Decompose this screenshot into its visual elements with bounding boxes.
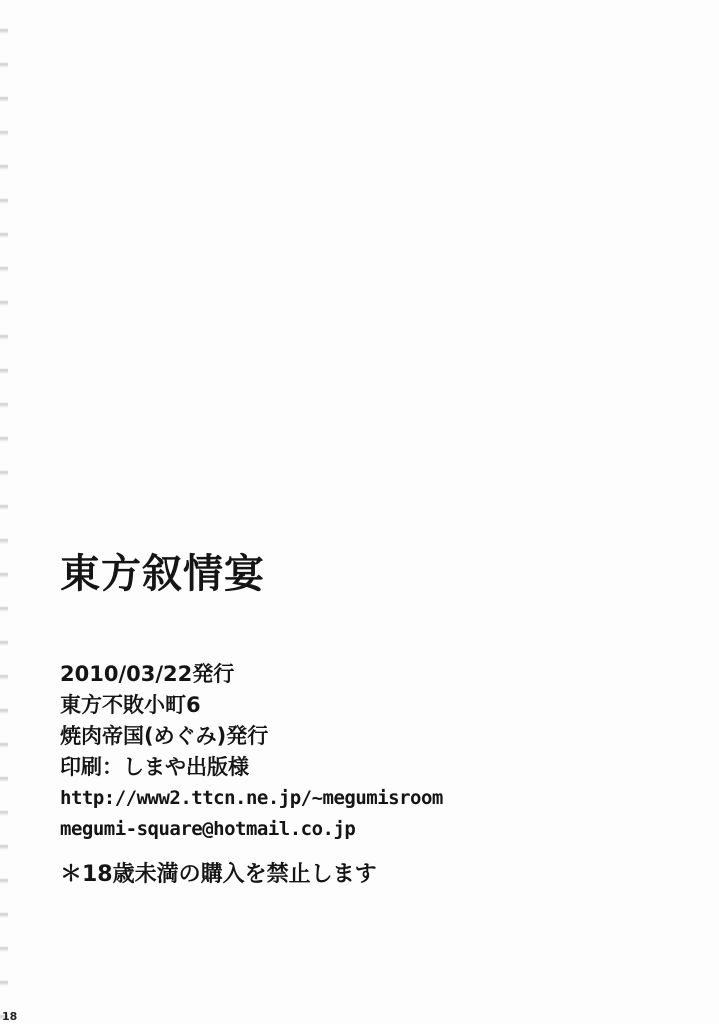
age-restriction-notice: ＊18歳未満の購入を禁止します: [60, 859, 443, 891]
publication-date: 2010/03/22発行: [60, 659, 443, 690]
publication-info: 2010/03/22発行 東方不敗小町6 焼肉帝国(めぐみ)発行 印刷：しまや出…: [60, 659, 443, 845]
scan-edge-marks: [0, 0, 8, 1024]
printer: 印刷：しまや出版様: [60, 752, 443, 783]
colophon: 東方叙情宴 2010/03/22発行 東方不敗小町6 焼肉帝国(めぐみ)発行 印…: [60, 545, 443, 891]
website-url: http://www2.ttcn.ne.jp/~megumisroom: [60, 783, 443, 814]
book-title: 東方叙情宴: [60, 545, 443, 603]
document-page: 東方叙情宴 2010/03/22発行 東方不敗小町6 焼肉帝国(めぐみ)発行 印…: [0, 0, 719, 1024]
event-name: 東方不敗小町6: [60, 690, 443, 721]
contact-email: megumi-square@hotmail.co.jp: [60, 814, 443, 845]
publisher: 焼肉帝国(めぐみ)発行: [60, 721, 443, 752]
page-number: 18: [2, 1010, 17, 1023]
